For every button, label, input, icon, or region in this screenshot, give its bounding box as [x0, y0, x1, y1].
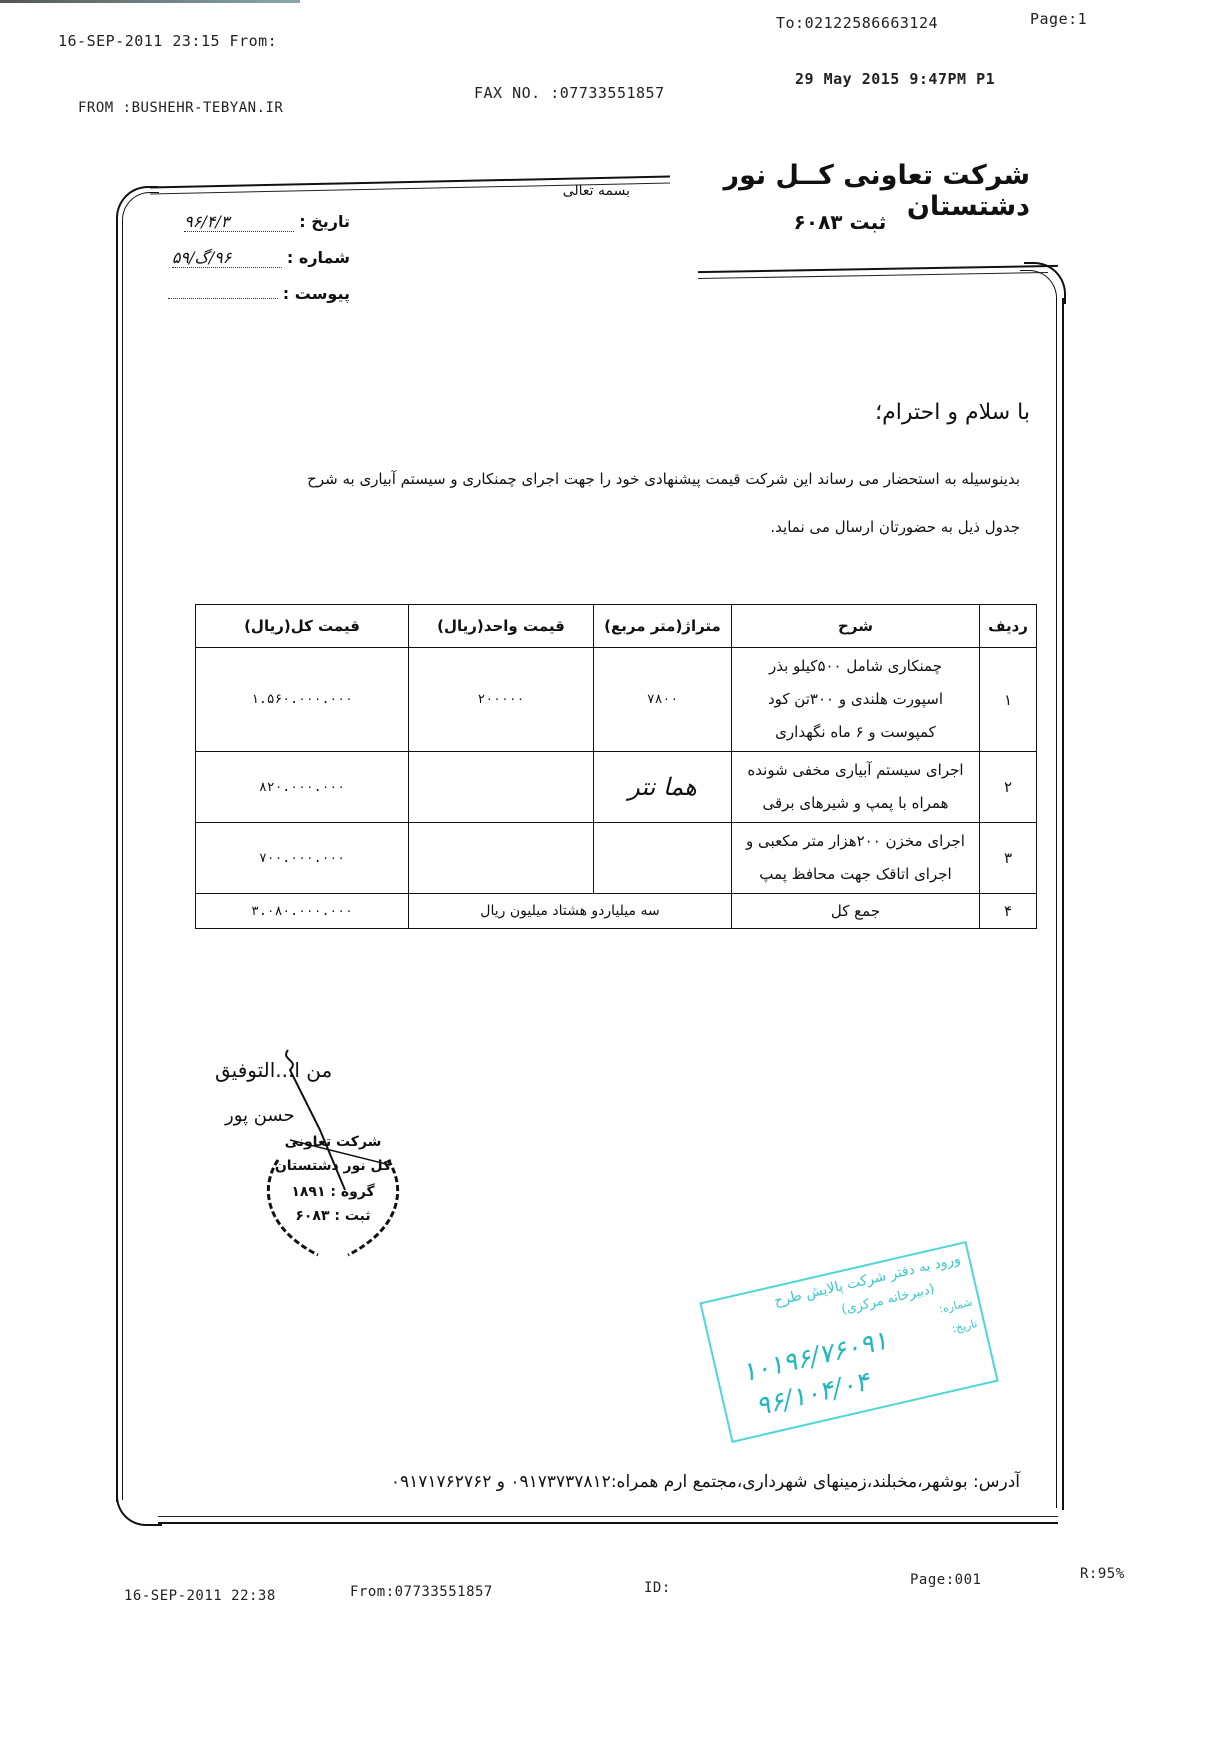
fax-header-page: Page:1 [1030, 10, 1087, 28]
paragraph-line-1: بدینوسیله به استحضار می رساند این شرکت ق… [230, 470, 1020, 488]
total-amount-in-words: سه میلیاردو هشتاد میلیون ریال [409, 894, 732, 929]
frame-bottom-line-inner [158, 1516, 1058, 1517]
fax-header-to: To:02122586663124 [776, 14, 938, 32]
price-quote-table: ردیف شرح متراژ(متر مربع) قیمت واحد(ریال)… [195, 604, 1037, 929]
header-unit-price: قیمت واحد(ریال) [409, 605, 594, 648]
total-label: جمع کل [732, 894, 980, 929]
row-total-price: ۸۲۰.۰۰۰.۰۰۰ [196, 752, 409, 823]
header-row-no: ردیف [980, 605, 1037, 648]
row-no: ۴ [980, 894, 1037, 929]
row-description: اجرای مخزن ۲۰۰هزار متر مکعبی و اجرای اتا… [732, 823, 980, 894]
invocation: بسمه تعالی [510, 183, 630, 199]
fax-footer-datetime: 16-SEP-2011 22:38 [124, 1588, 276, 1604]
row-no: ۲ [980, 752, 1037, 823]
number-value: ۹۶/گ/۵۹ [172, 248, 282, 268]
description-line: اسپورت هلندی و ۳۰۰تن کود [738, 683, 973, 716]
attachment-label: پیوست : [283, 284, 350, 303]
fax-footer-from: From:07733551857 [350, 1584, 493, 1600]
number-label: شماره : [287, 248, 350, 267]
fax-footer-resolution: R:95% [1080, 1566, 1125, 1582]
attachment-value [168, 298, 278, 299]
row-no: ۱ [980, 648, 1037, 752]
row-area: ۷۸۰۰ [594, 648, 732, 752]
header-total-price: قیمت کل(ریال) [196, 605, 409, 648]
scan-edge-mark [0, 0, 300, 3]
description-line: چمنکاری شامل ۵۰۰کیلو بذر [738, 650, 973, 683]
fax-header-from-id: FROM :BUSHEHR-TEBYAN.IR [78, 100, 283, 116]
description-line: همراه با پمپ و شیرهای برقی [738, 787, 973, 820]
frame-top-right-line-inner [698, 272, 1048, 279]
date-value: ۹۶/۴/۳ [184, 212, 294, 232]
description-line: اجرای سیستم آبیاری مخفی شونده [738, 754, 973, 787]
row-area [594, 823, 732, 894]
row-total-price: ۷۰۰.۰۰۰.۰۰۰ [196, 823, 409, 894]
paragraph-line-2: جدول ذیل به حضورتان ارسال می نماید. [230, 518, 1020, 536]
table-header-row: ردیف شرح متراژ(متر مربع) قیمت واحد(ریال)… [196, 605, 1037, 648]
row-description: اجرای سیستم آبیاری مخفی شونده همراه با پ… [732, 752, 980, 823]
seal-line: گروه : ۱۸۹۱ [258, 1184, 408, 1200]
frame-bottom-line [158, 1522, 1058, 1524]
row-no: ۳ [980, 823, 1037, 894]
header-description: شرح [732, 605, 980, 648]
company-address: آدرس: بوشهر،مخبلند،زمینهای شهرداری،مجتمع… [230, 1472, 1020, 1492]
row-description: چمنکاری شامل ۵۰۰کیلو بذر اسپورت هلندی و … [732, 648, 980, 752]
frame-right-line [1062, 298, 1064, 1510]
description-line: اجرای اتاقک جهت محافظ پمپ [738, 858, 973, 891]
fax-footer-id: ID: [644, 1580, 671, 1596]
company-seal: شرکت تعاونی کل نور دشتستان گروه : ۱۸۹۱ ث… [258, 1130, 408, 1260]
fax-received-stamp: 29 May 2015 9:47PM P1 [795, 70, 995, 88]
fax-footer-page: Page:001 [910, 1572, 981, 1588]
row-area-handwritten: هما نتر [594, 752, 732, 823]
frame-right-line-inner [1056, 302, 1057, 1508]
attachment-field: پیوست : [150, 284, 350, 303]
greeting: با سلام و احترام؛ [700, 400, 1030, 425]
number-field: شماره : ۹۶/گ/۵۹ [150, 248, 350, 268]
table-row: ۱ چمنکاری شامل ۵۰۰کیلو بذر اسپورت هلندی … [196, 648, 1037, 752]
row-unit-price [409, 752, 594, 823]
frame-corner-bottom-left [116, 1490, 162, 1526]
receipt-stamp: ورود به دفتر شرکت پالایش طرح (دبیرخانه م… [699, 1241, 998, 1443]
table-total-row: ۴ جمع کل سه میلیاردو هشتاد میلیون ریال ۳… [196, 894, 1037, 929]
seal-line: شرکت تعاونی [258, 1134, 408, 1150]
description-line: اجرای مخزن ۲۰۰هزار متر مکعبی و [738, 825, 973, 858]
row-unit-price [409, 823, 594, 894]
seal-line: ثبت : ۶۰۸۳ [258, 1208, 408, 1224]
grand-total: ۳.۰۸۰.۰۰۰.۰۰۰ [196, 894, 409, 929]
stamp-date-label: تاریخ: [951, 1317, 979, 1335]
seal-line: کل نور دشتستان [258, 1158, 408, 1174]
header-area: متراژ(متر مربع) [594, 605, 732, 648]
date-label: تاریخ : [299, 212, 350, 231]
fax-header-fax-no: FAX NO. :07733551857 [474, 84, 665, 102]
description-line: کمپوست و ۶ ماه نگهداری [738, 716, 973, 749]
frame-left-line-inner [122, 226, 123, 1500]
company-registration: ثبت ۶۰۸۳ [760, 210, 920, 234]
stamp-number-label: شماره: [938, 1295, 974, 1315]
fax-header-datetime: 16-SEP-2011 23:15 From: [58, 32, 277, 50]
row-total-price: ۱.۵۶۰.۰۰۰.۰۰۰ [196, 648, 409, 752]
row-unit-price: ۲۰۰۰۰۰ [409, 648, 594, 752]
table-row: ۳ اجرای مخزن ۲۰۰هزار متر مکعبی و اجرای ا… [196, 823, 1037, 894]
frame-left-line [116, 222, 118, 1502]
date-field: تاریخ : ۹۶/۴/۳ [150, 212, 350, 232]
table-row: ۲ اجرای سیستم آبیاری مخفی شونده همراه با… [196, 752, 1037, 823]
